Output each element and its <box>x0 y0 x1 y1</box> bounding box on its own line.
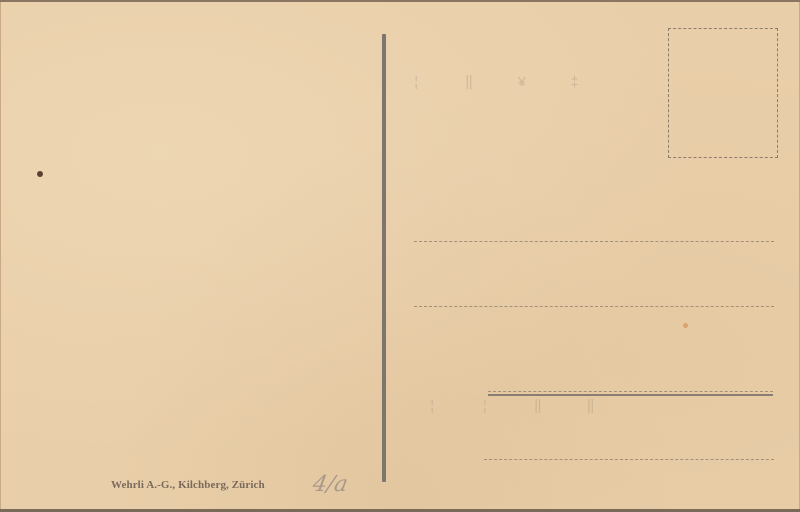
stamp-box <box>668 28 778 158</box>
postcard-back: ¦ ‖ ¥ ‡ ¦ ¦ ‖ ‖ Wehrli A.-G., Kilchberg,… <box>0 0 800 512</box>
address-line-2 <box>414 306 774 307</box>
ink-spot <box>37 171 43 177</box>
show-through-text-bottom: ¦ ¦ ‖ ‖ <box>428 398 613 415</box>
publisher-imprint: Wehrli A.-G., Kilchberg, Zürich <box>111 479 265 491</box>
address-line-1 <box>414 241 774 242</box>
center-divider-line <box>382 34 386 482</box>
show-through-text-top: ¦ ‖ ¥ ‡ <box>412 74 597 91</box>
address-line-3-dotted <box>488 391 773 392</box>
card-edge-top <box>0 0 800 2</box>
address-line-3 <box>488 394 773 396</box>
stain-spot <box>683 323 688 328</box>
handwritten-pencil-note: 4/a <box>311 472 350 497</box>
address-line-4 <box>484 459 774 460</box>
